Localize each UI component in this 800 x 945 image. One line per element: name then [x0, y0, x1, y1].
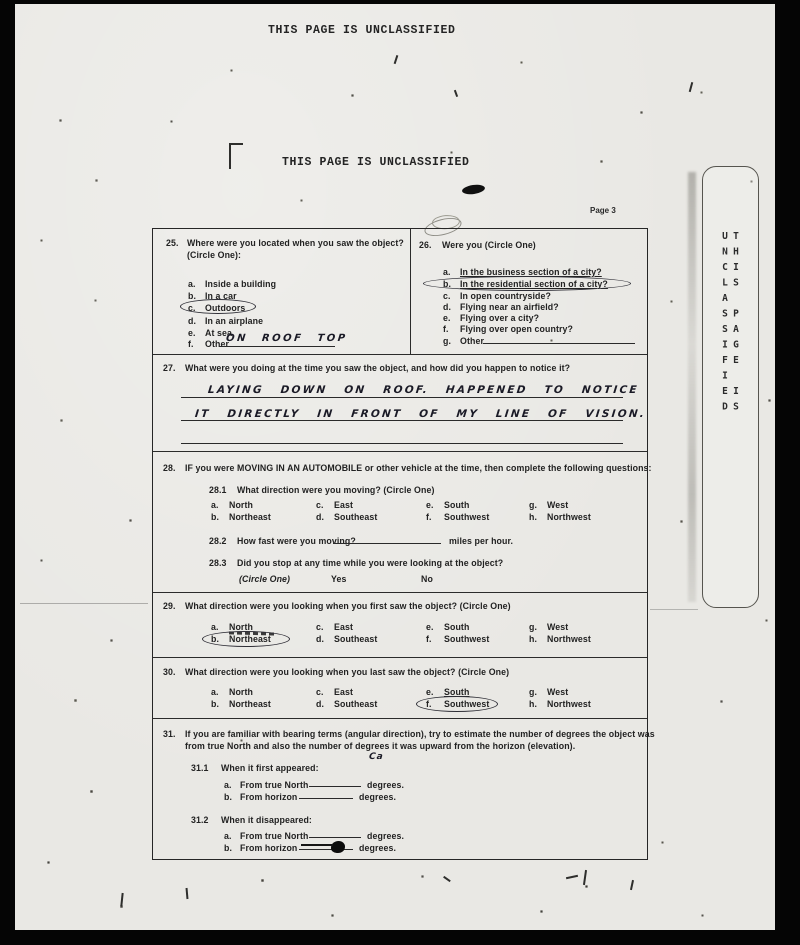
q30-dir-b-letter: b. [211, 699, 219, 709]
scan-mark [443, 876, 451, 882]
q28-dir-d[interactable]: Southeast [334, 512, 377, 522]
q30-dir-c[interactable]: East [334, 687, 353, 697]
q26-opt-c-letter: c. [443, 291, 451, 301]
q25-opt-d-letter: d. [188, 316, 196, 326]
q30-text: What direction were you looking when you… [185, 667, 509, 677]
q25-number: 25. [166, 238, 179, 248]
page-number: Page 3 [590, 206, 616, 215]
q28-dir-c-letter: c. [316, 500, 324, 510]
q29-dir-h-letter: h. [529, 634, 537, 644]
q29-dir-f[interactable]: Southwest [444, 634, 489, 644]
q30-dir-f[interactable]: Southwest [444, 699, 489, 709]
q26-opt-e[interactable]: Flying over a city? [460, 313, 539, 323]
questionnaire-form: 25. Where were you located when you saw … [152, 228, 648, 860]
ink-blot [331, 841, 345, 853]
q28-dir-g-letter: g. [529, 500, 537, 510]
q29-dir-c[interactable]: East [334, 622, 353, 632]
q25-opt-b[interactable]: In a car [205, 291, 237, 301]
q28-dir-a[interactable]: North [229, 500, 253, 510]
q31-1a-suffix: degrees. [367, 780, 404, 790]
q31-2-label: When it disappeared: [221, 815, 312, 825]
q25-cell: 25. Where were you located when you saw … [153, 229, 411, 354]
classification-header-top: THIS PAGE IS UNCLASSIFIED [268, 24, 456, 37]
q28-dir-a-letter: a. [211, 500, 219, 510]
section-q27: 27. What were you doing at the time you … [153, 354, 647, 451]
q31-handwritten-mark: Ca [368, 752, 384, 762]
q26-opt-e-letter: e. [443, 313, 451, 323]
q28-dir-f[interactable]: Southwest [444, 512, 489, 522]
classification-side-tab: THIS PAGE IS UNCLASSIFIED [702, 166, 759, 608]
q30-dir-c-letter: c. [316, 687, 324, 697]
q30-dir-e-letter: e. [426, 687, 434, 697]
q31-1-label: When it first appeared: [221, 763, 319, 773]
q30-dir-h[interactable]: Northwest [547, 699, 591, 709]
q25-opt-e-letter: e. [188, 328, 196, 338]
q27-handwriting-line1: LAYING DOWN ON ROOF. HAPPENED TO NOTICE [207, 384, 639, 396]
q26-opt-a-letter: a. [443, 267, 451, 277]
q26-opt-a[interactable]: In the business section of a city? [460, 267, 602, 277]
q30-dir-a-letter: a. [211, 687, 219, 697]
q28-3-yes[interactable]: Yes [331, 574, 346, 584]
section-q25-q26: 25. Where were you located when you saw … [153, 229, 647, 354]
q31-2a-suffix: degrees. [367, 831, 404, 841]
q29-dir-f-letter: f. [426, 634, 432, 644]
q25-opt-a-letter: a. [188, 279, 196, 289]
q28-3-text: Did you stop at any time while you were … [237, 558, 503, 568]
scan-mark [186, 888, 189, 899]
scan-mark [566, 875, 578, 879]
scanned-document-page: THIS PAGE IS UNCLASSIFIED THIS PAGE IS U… [0, 0, 800, 945]
q28-dir-f-letter: f. [426, 512, 432, 522]
q28-3-number: 28.3 [209, 558, 227, 568]
corner-bracket-mark [229, 143, 243, 145]
q30-dir-b[interactable]: Northeast [229, 699, 271, 709]
q29-dir-b-letter: b. [211, 634, 219, 644]
q30-dir-d[interactable]: Southeast [334, 699, 377, 709]
q29-dir-e[interactable]: South [444, 622, 469, 632]
q25-opt-a[interactable]: Inside a building [205, 279, 276, 289]
q26-opt-b[interactable]: In the residential section of a city? [460, 279, 608, 289]
q26-cell: 26. Were you (Circle One) a. In the busi… [411, 229, 647, 354]
q28-2-number: 28.2 [209, 536, 227, 546]
q26-text: Were you (Circle One) [442, 240, 536, 250]
q31-1b-letter: b. [224, 792, 232, 802]
q31-2b-label: From horizon [240, 843, 297, 853]
q28-dir-c[interactable]: East [334, 500, 353, 510]
q25-opt-b-letter: b. [188, 291, 196, 301]
q31-1b-blank[interactable] [299, 786, 353, 799]
q31-1b-label: From horizon [240, 792, 297, 802]
q28-2-suffix: miles per hour. [449, 536, 513, 546]
q25-other-handwriting: ON ROOF TOP [225, 333, 348, 344]
q26-opt-d[interactable]: Flying near an airfield? [460, 302, 559, 312]
q26-number: 26. [419, 240, 432, 250]
q31-2a-letter: a. [224, 831, 232, 841]
content-layer: THIS PAGE IS UNCLASSIFIED THIS PAGE IS U… [0, 0, 800, 945]
q27-number: 27. [163, 363, 176, 373]
q27-answer-line3[interactable] [181, 429, 623, 444]
q26-other-blank[interactable] [483, 329, 635, 344]
q28-dir-h-letter: h. [529, 512, 537, 522]
q30-dir-d-letter: d. [316, 699, 324, 709]
q25-opt-c[interactable]: Outdoors [205, 303, 245, 313]
classification-side-tab-text: THIS PAGE IS UNCLASSIFIED [720, 231, 742, 607]
q28-number: 28. [163, 463, 176, 473]
section-q30: 30. What direction were you looking when… [153, 657, 647, 718]
q31-1a-letter: a. [224, 780, 232, 790]
q28-1-number: 28.1 [209, 485, 227, 495]
scan-mark [630, 880, 634, 890]
q25-opt-d[interactable]: In an airplane [205, 316, 263, 326]
q29-dir-c-letter: c. [316, 622, 324, 632]
q28-text: IF you were MOVING IN AN AUTOMOBILE or o… [185, 463, 652, 473]
q31-number: 31. [163, 729, 176, 739]
q30-number: 30. [163, 667, 176, 677]
scan-mark [454, 90, 458, 97]
q31-1-number: 31.1 [191, 763, 209, 773]
q29-dir-d[interactable]: Southeast [334, 634, 377, 644]
scan-mark [689, 82, 693, 92]
q26-opt-g-letter: g. [443, 336, 451, 346]
q26-opt-g[interactable]: Other [460, 336, 484, 346]
q31-2b-letter: b. [224, 843, 232, 853]
ink-smudge [461, 183, 485, 195]
q26-opt-d-letter: d. [443, 302, 451, 312]
q30-dir-h-letter: h. [529, 699, 537, 709]
q31-text-line1: If you are familiar with bearing terms (… [185, 729, 655, 739]
q25-text: Where were you located when you saw the … [187, 238, 404, 248]
q28-dir-e[interactable]: South [444, 500, 469, 510]
q29-dir-a-letter: a. [211, 622, 219, 632]
q29-text: What direction were you looking when you… [185, 601, 511, 611]
q26-opt-b-letter: b. [443, 279, 451, 289]
q31-2b-suffix: degrees. [359, 843, 396, 853]
q25-opt-c-letter: c. [188, 303, 196, 313]
q30-dir-e[interactable]: South [444, 687, 469, 697]
q29-dir-h[interactable]: Northwest [547, 634, 591, 644]
q28-dir-b-letter: b. [211, 512, 219, 522]
q29-dir-g[interactable]: West [547, 622, 568, 632]
q29-dir-b[interactable]: Northeast [229, 634, 271, 644]
q25-circle-note: (Circle One): [187, 250, 241, 260]
q31-2-number: 31.2 [191, 815, 209, 825]
q30-dir-g[interactable]: West [547, 687, 568, 697]
q30-dir-a[interactable]: North [229, 687, 253, 697]
q29-dir-d-letter: d. [316, 634, 324, 644]
q28-dir-d-letter: d. [316, 512, 324, 522]
corner-bracket-mark [229, 143, 231, 169]
section-q28: 28. IF you were MOVING IN AN AUTOMOBILE … [153, 451, 647, 592]
section-q29: 29. What direction were you looking when… [153, 592, 647, 657]
q29-number: 29. [163, 601, 176, 611]
q31-1b-suffix: degrees. [359, 792, 396, 802]
scan-speckles [0, 0, 1, 1]
classification-header-mid: THIS PAGE IS UNCLASSIFIED [282, 156, 470, 169]
scan-mark [394, 55, 398, 64]
section-q31: 31. If you are familiar with bearing ter… [153, 718, 647, 858]
q28-dir-h[interactable]: Northwest [547, 512, 591, 522]
q30-dir-f-letter: f. [426, 699, 432, 709]
q28-3-circle-note: (Circle One) [239, 574, 290, 584]
q26-opt-f-letter: f. [443, 324, 449, 334]
crease-line [650, 609, 698, 610]
scan-smudge [688, 172, 696, 602]
q27-text: What were you doing at the time you saw … [185, 363, 570, 373]
crease-line [20, 603, 148, 604]
scan-mark [120, 893, 123, 906]
scan-mark [583, 870, 587, 885]
q31-text-line2: from true North and also the number of d… [185, 741, 575, 751]
q26-opt-c[interactable]: In open countryside? [460, 291, 551, 301]
q29-dir-g-letter: g. [529, 622, 537, 632]
q27-handwriting-line2: IT DIRECTLY IN FRONT OF MY LINE OF VISIO… [194, 408, 646, 420]
q30-dir-g-letter: g. [529, 687, 537, 697]
q28-dir-g[interactable]: West [547, 500, 568, 510]
q28-dir-b[interactable]: Northeast [229, 512, 271, 522]
q28-2-speed-blank[interactable] [333, 530, 441, 544]
q29-dir-a[interactable]: North [229, 622, 253, 632]
q28-1-text: What direction were you moving? (Circle … [237, 485, 434, 495]
q28-dir-e-letter: e. [426, 500, 434, 510]
q28-3-no[interactable]: No [421, 574, 433, 584]
q29-dir-e-letter: e. [426, 622, 434, 632]
q25-opt-f-letter: f. [188, 339, 194, 349]
